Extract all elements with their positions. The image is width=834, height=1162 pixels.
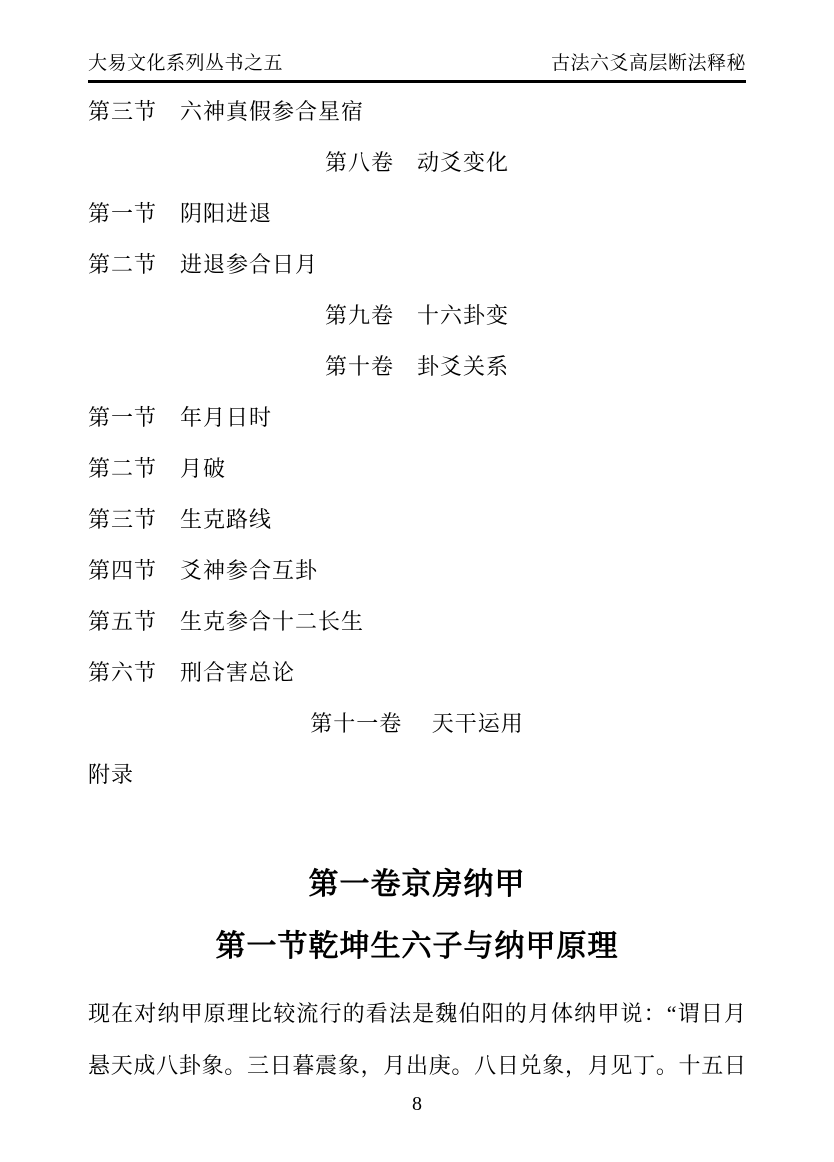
header-series-title: 大易文化系列丛书之五 (88, 53, 283, 74)
toc-entry-section: 第二节 月破 (88, 442, 746, 493)
table-of-contents: 第三节 六神真假参合星宿 第八卷 动爻变化 第一节 阴阳进退 第二节 进退参合日… (88, 85, 746, 799)
volume-heading: 第一卷京房纳甲 (88, 868, 746, 902)
body-text-line: 现在对纳甲原理比较流行的看法是魏伯阳的月体纳甲说：“谓日月 (88, 988, 746, 1040)
toc-entry-section: 第一节 阴阳进退 (88, 187, 746, 238)
body-text-line: 悬天成八卦象。三日暮震象，月出庚。八日兑象，月见丁。十五日 (88, 1040, 746, 1092)
toc-entry-section: 第四节 爻神参合互卦 (88, 544, 746, 595)
toc-entry-section: 第五节 生克参合十二长生 (88, 595, 746, 646)
body-paragraph: 现在对纳甲原理比较流行的看法是魏伯阳的月体纳甲说：“谓日月 悬天成八卦象。三日暮… (88, 988, 746, 1092)
toc-entry-volume-11: 第十一卷 天干运用 (88, 697, 746, 748)
toc-entry-section: 第六节 刑合害总论 (88, 646, 746, 697)
toc-entry-volume-9: 第九卷 十六卦变 (88, 289, 746, 340)
toc-entry-section: 第二节 进退参合日月 (88, 238, 746, 289)
toc-entry-volume-10: 第十卷 卦爻关系 (88, 340, 746, 391)
toc-entry-volume-8: 第八卷 动爻变化 (88, 136, 746, 187)
toc-entry-section: 第三节 六神真假参合星宿 (88, 85, 746, 136)
book-page: 大易文化系列丛书之五 古法六爻高层断法释秘 第三节 六神真假参合星宿 第八卷 动… (0, 0, 834, 1162)
page-number: 8 (88, 1092, 746, 1116)
header-book-title: 古法六爻高层断法释秘 (551, 53, 746, 74)
chapter-heading: 第一节乾坤生六子与纳甲原理 (88, 930, 746, 964)
toc-entry-appendix: 附录 (88, 748, 746, 799)
page-header: 大易文化系列丛书之五 古法六爻高层断法释秘 (88, 0, 746, 83)
toc-entry-section: 第一节 年月日时 (88, 391, 746, 442)
toc-entry-section: 第三节 生克路线 (88, 493, 746, 544)
